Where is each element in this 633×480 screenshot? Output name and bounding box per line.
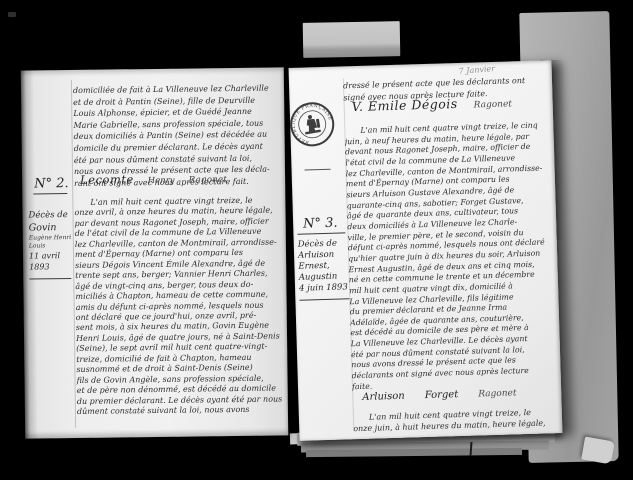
act-number: N° 3.	[297, 215, 351, 232]
act-text-block: L'an mil huit cent quatre vingt treize, …	[353, 406, 556, 434]
signature-declarant: Arluison	[362, 391, 405, 403]
signature-officer: Ragonet	[188, 175, 226, 185]
margin-note-type: Décès de	[28, 210, 76, 222]
margin-divider	[33, 193, 67, 194]
scanned-register-photograph: N° 2. Décès de Govin Eugène Henri Louis …	[0, 0, 633, 480]
film-speck	[8, 12, 16, 17]
margin-note-date: 11 avril 1893	[29, 250, 77, 273]
margin-note-name: Govin	[29, 221, 77, 235]
margin-divider	[305, 169, 331, 171]
backing-paper-tab	[303, 21, 401, 58]
margin-note-date: 4 juin 1893	[299, 282, 353, 295]
signature-row: Lecomte Henry Ragonet	[80, 171, 227, 187]
signature-officer: Ragonet	[478, 388, 517, 399]
register-left-page: N° 2. Décès de Govin Eugène Henri Louis …	[21, 67, 288, 438]
act-number: N° 2.	[28, 176, 76, 192]
margin-divider	[299, 298, 349, 300]
republique-francaise-stamp-icon: RÉPUBLIQUE FRANÇAISE	[286, 98, 339, 151]
margin-divider	[297, 232, 345, 234]
act-text-block: L'an mil huit cent quatre vingt treize, …	[344, 120, 554, 392]
margin-divider	[29, 278, 71, 280]
pencil-annotation: 7 Janvier	[458, 64, 495, 76]
register-right-page: RÉPUBLIQUE FRANÇAISE N° 3. Décès de Arlu…	[289, 60, 563, 441]
margin-note-forenames: Ernest, Augustin	[298, 260, 353, 284]
left-margin-annotation: N° 2. Décès de Govin Eugène Henri Louis …	[28, 176, 77, 280]
right-margin-annotation: N° 3. Décès de Arluison Ernest, Augustin…	[296, 168, 354, 301]
signature-declarant: Forget	[425, 389, 459, 401]
signature-officer: Ragonet	[474, 99, 513, 110]
signature-declarant: Lecomte	[80, 172, 134, 187]
signature-declarant: V. Émile Dégois	[351, 96, 457, 114]
signature-declarant: Henry	[148, 176, 175, 186]
page-stack-edge	[306, 448, 522, 457]
crumpled-paper-corner	[581, 437, 615, 465]
margin-note-forenames: Eugène Henri Louis	[29, 234, 77, 251]
handwritten-line: dûment constaté suivant la loi, nous avo…	[77, 404, 289, 417]
act-text-block: L'an mil huit cent quatre vingt treize, …	[74, 195, 289, 417]
